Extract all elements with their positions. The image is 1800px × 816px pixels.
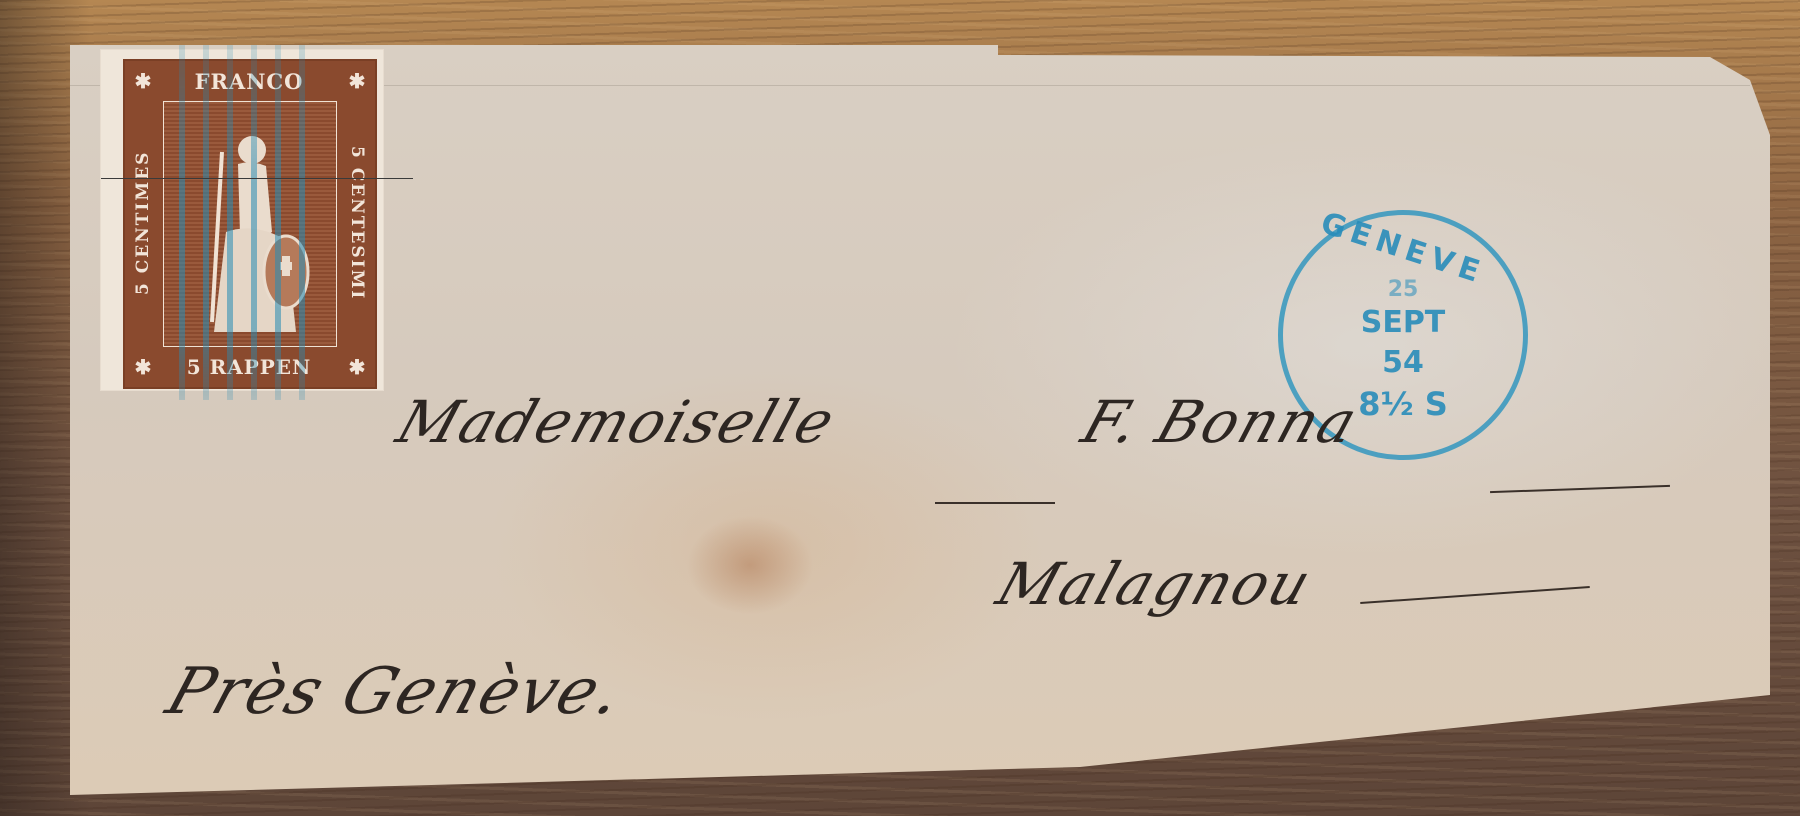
star-ornament-icon: ✱ <box>343 67 371 95</box>
postmark-day: 25 <box>1283 277 1523 302</box>
postmark-month: SEPT <box>1283 305 1523 340</box>
pen-stroke <box>101 178 413 179</box>
postmark-year: 54 <box>1283 345 1523 380</box>
address-street: Malagnou <box>989 550 1321 618</box>
grid-cancellation <box>161 40 311 400</box>
address-name: F. Bonna <box>1074 388 1367 456</box>
star-ornament-icon: ✱ <box>129 353 157 381</box>
star-ornament-icon: ✱ <box>129 67 157 95</box>
address-via: Près Genève. <box>158 655 633 729</box>
flourish-line <box>935 502 1055 504</box>
stamp-left-label: 5 CENTIMES <box>129 103 157 343</box>
stamp-right-label: 5 CENTESIMI <box>343 103 371 343</box>
star-ornament-icon: ✱ <box>343 353 371 381</box>
address-salutation: Mademoiselle <box>389 388 845 456</box>
postage-stamp: ✱ ✱ ✱ ✱ FRANCO 5 RAPPEN 5 CENTIMES 5 CEN… <box>100 49 384 391</box>
